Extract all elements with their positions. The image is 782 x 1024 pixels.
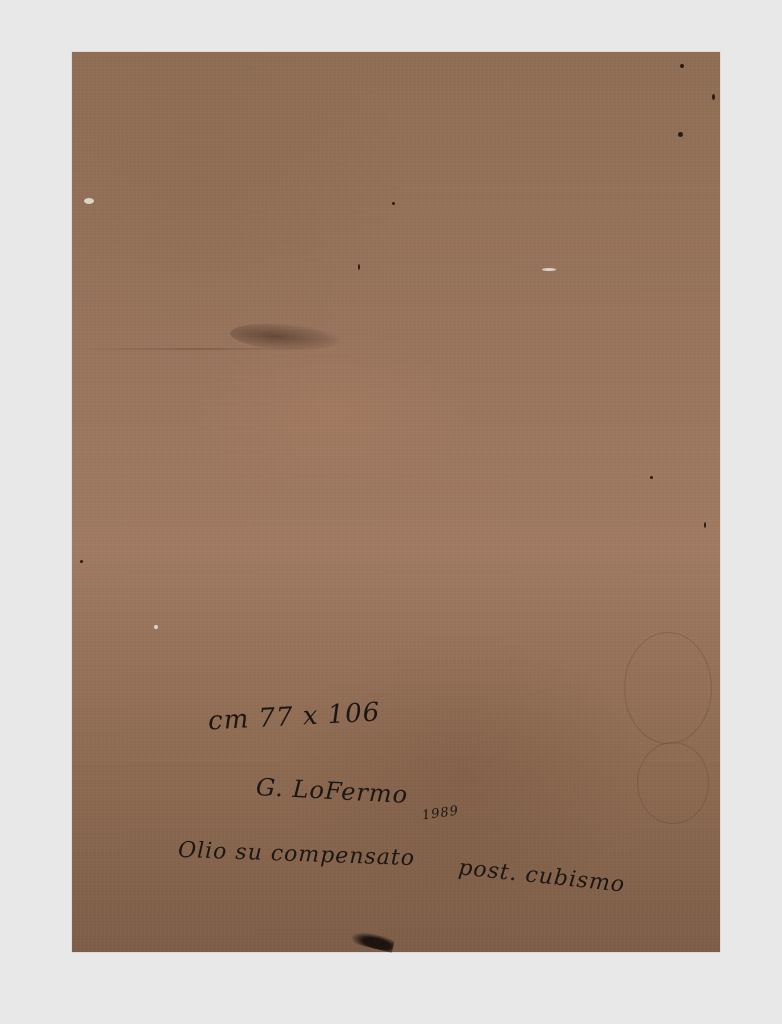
dark-speck	[358, 264, 360, 270]
dark-speck	[392, 202, 395, 205]
dark-speck	[80, 560, 83, 563]
dark-speck	[712, 94, 715, 100]
white-fleck	[84, 198, 94, 204]
white-fleck	[542, 268, 556, 271]
water-stain	[637, 742, 709, 824]
water-stain	[624, 632, 712, 744]
white-fleck	[154, 625, 158, 629]
dark-speck	[678, 132, 683, 137]
dark-speck	[650, 476, 653, 479]
wood-grain-texture	[72, 52, 720, 952]
dark-speck	[704, 522, 706, 528]
dark-speck	[680, 64, 684, 68]
painting-back-board: cm 77 x 106 G. LoFermo 1989 Olio su comp…	[72, 52, 720, 952]
